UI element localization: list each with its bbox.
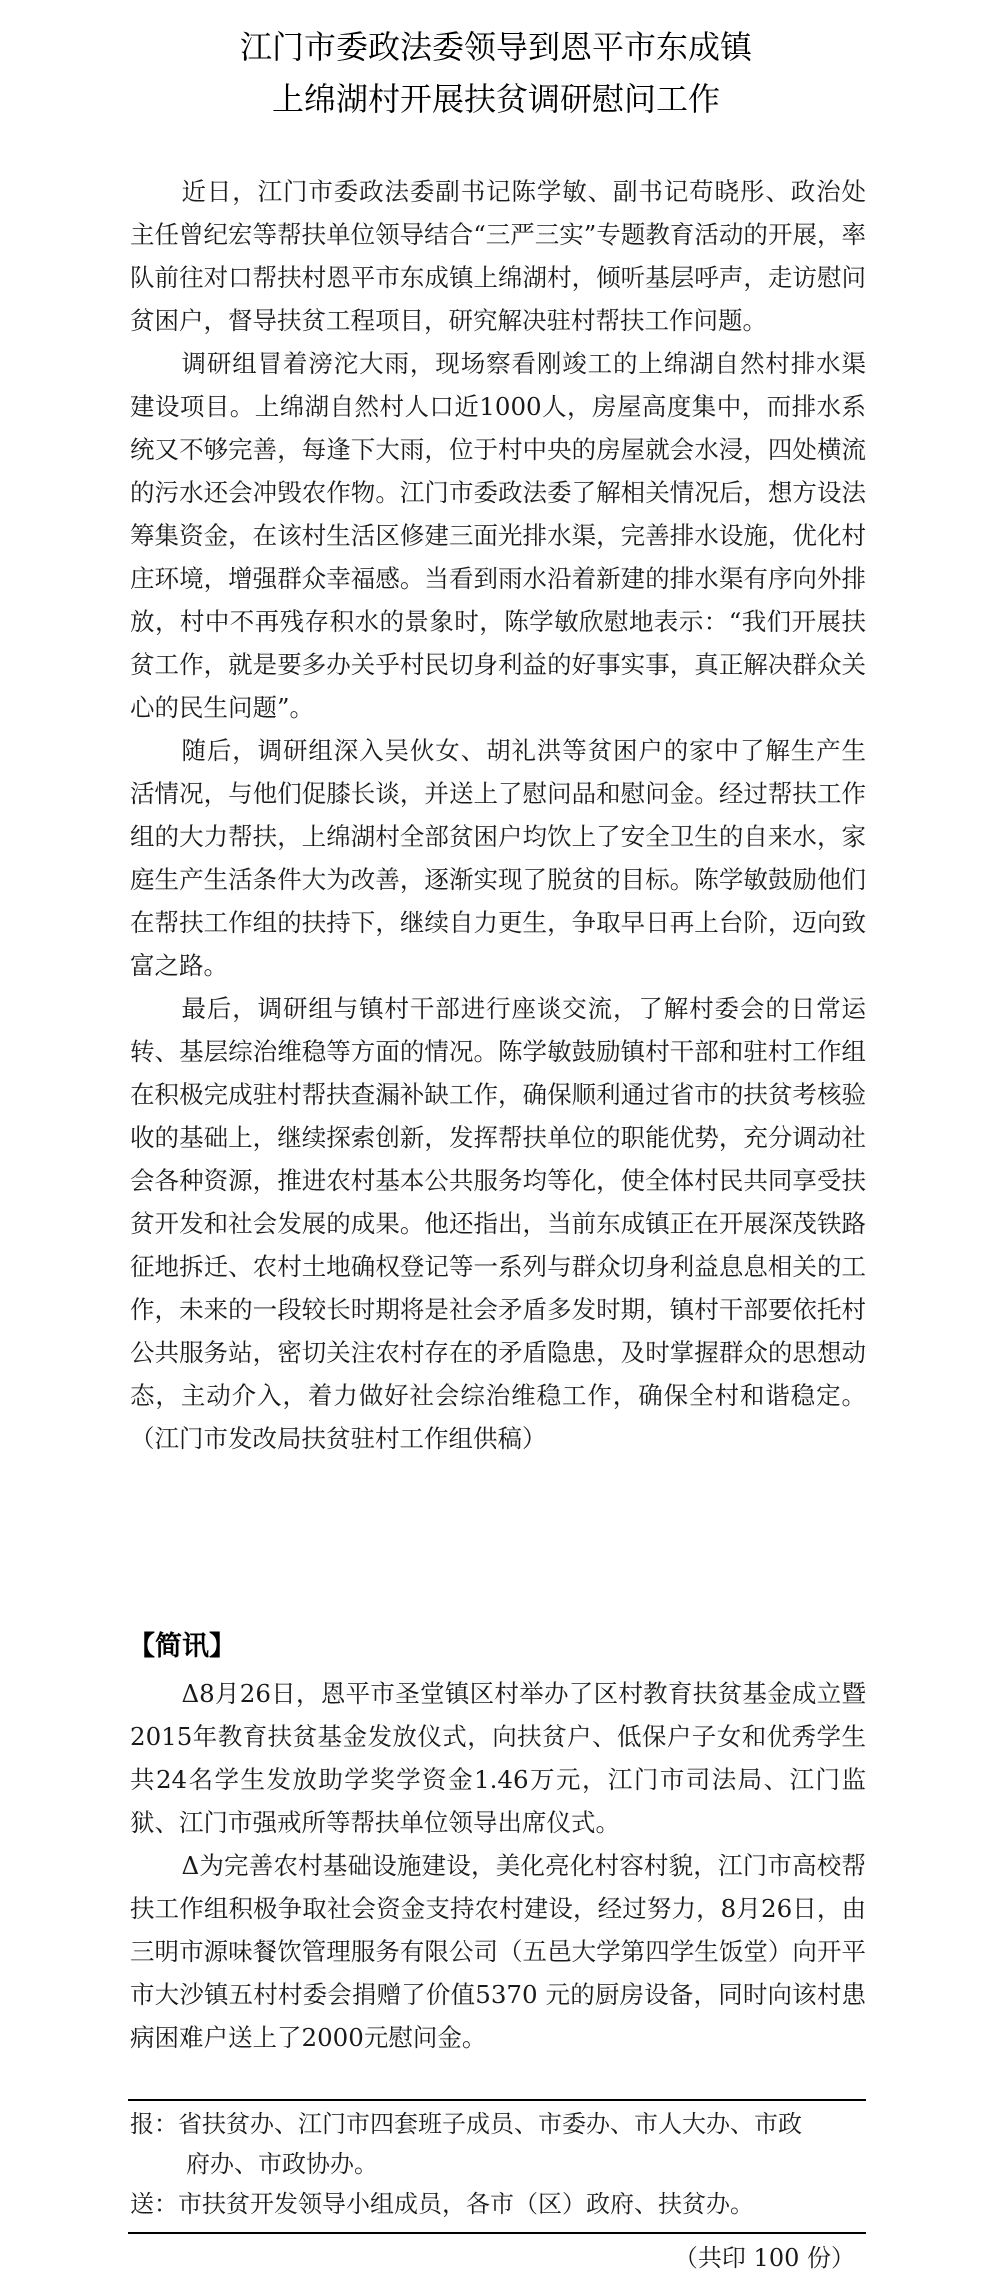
article-paragraph-2: 调研组冒着滂沱大雨，现场察看刚竣工的上绵湖自然村排水渠建设项目。上绵湖自然村人口… xyxy=(130,342,866,729)
report-recipients: 省扶贫办、江门市四套班子成员、市委办、市人大办、市政 xyxy=(178,2104,866,2144)
distribution-block: 报： 省扶贫办、江门市四套班子成员、市委办、市人大办、市政 府办、市政协办。 送… xyxy=(130,2104,866,2224)
send-label: 送： xyxy=(130,2184,178,2224)
print-copies-note: （共印 100 份） xyxy=(0,2238,855,2278)
send-recipients: 市扶贫开发领导小组成员，各市（区）政府、扶贫办。 xyxy=(178,2184,866,2224)
briefs-body: Δ8月26日，恩平市圣堂镇区村举办了区村教育扶贫基金成立暨2015年教育扶贫基金… xyxy=(130,1672,866,2059)
document-title-line-1: 江门市委政法委领导到恩平市东成镇 xyxy=(0,22,992,68)
bottom-divider xyxy=(128,2232,866,2234)
article-paragraph-3: 随后，调研组深入吴伙女、胡礼洪等贫困户的家中了解生产生活情况，与他们促膝长谈，并… xyxy=(130,729,866,987)
brief-item-2: Δ为完善农村基础设施建设，美化亮化村容村貌，江门市高校帮扶工作组积极争取社会资金… xyxy=(130,1844,866,2059)
article-body: 近日，江门市委政法委副书记陈学敏、副书记苟晓彤、政治处主任曾纪宏等帮扶单位领导结… xyxy=(130,170,866,1460)
send-to-row: 送： 市扶贫开发领导小组成员，各市（区）政府、扶贫办。 xyxy=(130,2184,866,2224)
briefs-heading: 【简讯】 xyxy=(128,1624,236,1663)
report-recipients-continued: 府办、市政协办。 xyxy=(186,2144,866,2184)
article-paragraph-1: 近日，江门市委政法委副书记陈学敏、副书记苟晓彤、政治处主任曾纪宏等帮扶单位领导结… xyxy=(130,170,866,342)
document-title-line-2: 上绵湖村开展扶贫调研慰问工作 xyxy=(0,74,992,120)
report-to-row: 报： 省扶贫办、江门市四套班子成员、市委办、市人大办、市政 xyxy=(130,2104,866,2144)
brief-item-1: Δ8月26日，恩平市圣堂镇区村举办了区村教育扶贫基金成立暨2015年教育扶贫基金… xyxy=(130,1672,866,1844)
top-divider xyxy=(128,2099,866,2101)
report-label: 报： xyxy=(130,2104,178,2144)
article-paragraph-4: 最后，调研组与镇村干部进行座谈交流，了解村委会的日常运转、基层综治维稳等方面的情… xyxy=(130,987,866,1460)
report-to-row-continued: 府办、市政协办。 xyxy=(130,2144,866,2184)
